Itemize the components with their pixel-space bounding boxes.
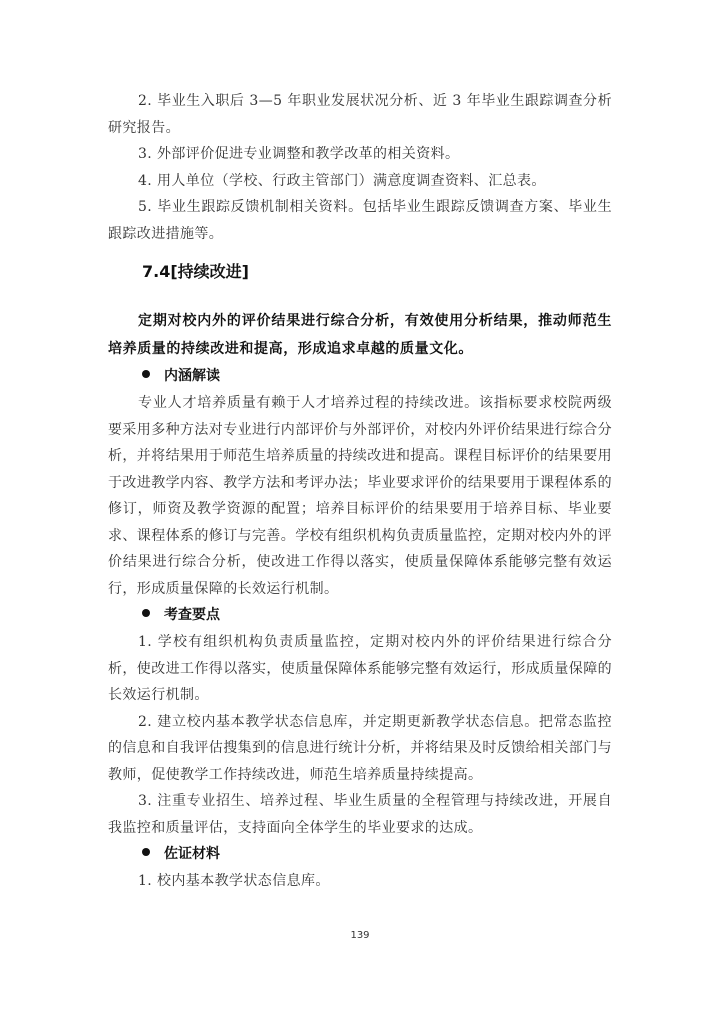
bullet-icon [142, 848, 150, 856]
page-number: 139 [0, 930, 720, 941]
key-point-2: 2. 建立校内基本教学状态信息库，并定期更新教学状态信息。把常态监控的信息和自我… [108, 709, 612, 789]
interpretation-paragraph: 专业人才培养质量有赖于人才培养过程的持续改进。该指标要求校院两级要采用多种方法对… [108, 390, 612, 602]
section-heading: 7.4[持续改进] [142, 257, 612, 287]
key-point-1: 1. 学校有组织机构负责质量监控，定期对校内外的评价结果进行综合分析，使改进工作… [108, 629, 612, 709]
subsection-title-evidence: 佐证材料 [142, 841, 612, 868]
key-point-3: 3. 注重专业招生、培养过程、毕业生质量的全程管理与持续改进，开展自我监控和质量… [108, 788, 612, 841]
evidence-item-5: 5. 毕业生跟踪反馈机制相关资料。包括毕业生跟踪反馈调查方案、毕业生跟踪改进措施… [108, 194, 612, 247]
subsection-title-text: 佐证材料 [164, 846, 220, 862]
subsection-title-text: 考查要点 [164, 607, 220, 623]
evidence-material-1: 1. 校内基本教学状态信息库。 [108, 868, 612, 895]
standard-statement: 定期对校内外的评价结果进行综合分析，有效使用分析结果，推动师范生培养质量的持续改… [108, 307, 612, 363]
evidence-item-2: 2. 毕业生入职后 3—5 年职业发展状况分析、近 3 年毕业生跟踪调查分析研究… [108, 88, 612, 141]
subsection-title-interpretation: 内涵解读 [142, 363, 612, 390]
subsection-title-key-points: 考查要点 [142, 602, 612, 629]
bullet-icon [142, 609, 150, 617]
bullet-icon [142, 370, 150, 378]
evidence-item-4: 4. 用人单位（学校、行政主管部门）满意度调查资料、汇总表。 [108, 168, 612, 195]
evidence-item-3: 3. 外部评价促进专业调整和教学改革的相关资料。 [108, 141, 612, 168]
subsection-title-text: 内涵解读 [164, 368, 220, 384]
document-page: 2. 毕业生入职后 3—5 年职业发展状况分析、近 3 年毕业生跟踪调查分析研究… [108, 88, 612, 895]
